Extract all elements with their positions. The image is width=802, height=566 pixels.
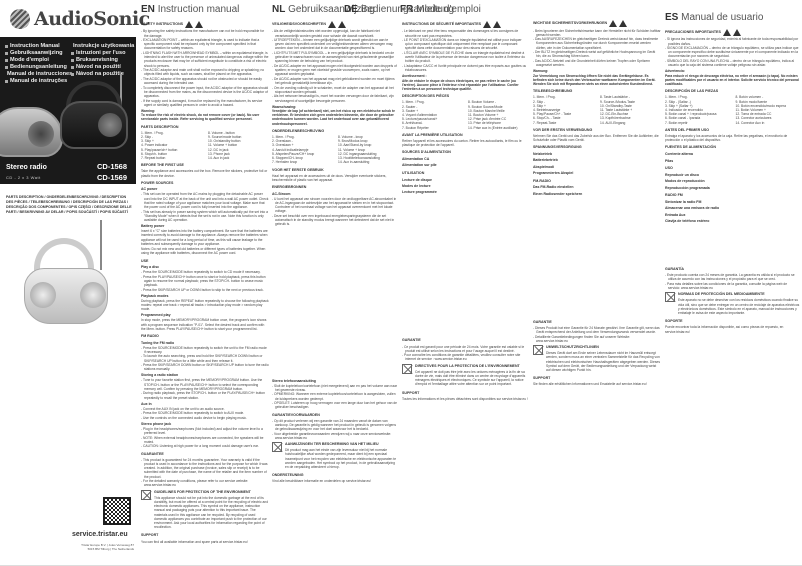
programmed-heading: Reproducción programada xyxy=(665,186,800,190)
german-column: WICHTIGE SICHERHEITSVORKEHRUNGEN Beim Ig… xyxy=(533,14,661,388)
ac-heading: Alimentation CA xyxy=(402,157,528,161)
language-item: Manual de instrucciones xyxy=(5,71,71,77)
english-column: EN Instruction manual SAFETY INSTRUCTION… xyxy=(141,0,269,545)
aux-heading: Aux in xyxy=(141,402,269,406)
crossed-bin-icon xyxy=(272,442,282,452)
section-title: ES Manual de usuario xyxy=(665,12,800,25)
parts-list: 1. Mem. / Prog.8. Volume - knop2. Oversl… xyxy=(272,135,398,165)
environment-block: UMWELTSCHUTZRICHTLINIENDieses Gerät darf… xyxy=(533,345,661,373)
tuning-list: Press the SOURCE/MODE button repeatedly … xyxy=(141,346,269,372)
warning-triangle-icon xyxy=(328,21,336,28)
phone-list: Plug in the headphones/earphones (Not in… xyxy=(141,427,269,449)
language-item: Instrukcje użytkowania xyxy=(71,43,133,49)
crossed-bin-icon xyxy=(402,364,412,374)
programmed-heading: Programmed play xyxy=(141,313,269,317)
product-subtitle: CD - 2 x 3 Watt xyxy=(6,175,41,180)
guarantee-heading: GARANTIEVOORWAARDEN xyxy=(272,413,398,418)
support-text: You can find all available information a… xyxy=(141,540,269,544)
parts-heading: DESCRIPTION DES PIÈCES xyxy=(402,94,528,99)
battery-heading: Pilas xyxy=(665,159,800,163)
support-heading: SUPPORT xyxy=(141,533,269,538)
phone-list: Sluit de koptelefoon/oortelefoon (niet m… xyxy=(272,384,398,410)
cover-column: AudioSonic Instruction Manual Instrukcje… xyxy=(0,0,136,566)
warning-block: Warnung:Zur Vermeidung von Stromschlag ö… xyxy=(533,69,661,86)
first-use-text: Nehmen Sie das Gerät und das Zubehör aus… xyxy=(533,134,661,142)
storing-list: Tune to your favorite station first, pre… xyxy=(141,378,269,399)
power-heading: POWER SOURCES xyxy=(141,181,269,186)
play-disc-heading: Reproducir un disco xyxy=(665,173,800,177)
language-list: Instruction Manual Instrukcje użytkowani… xyxy=(5,43,133,84)
warning-triangle-icon xyxy=(609,20,617,27)
parts-list: 1. Mem. / Prog.8. Taste Lautstärke -2. S… xyxy=(533,95,661,125)
language-item: Mode d'emploi xyxy=(5,57,71,63)
language-item: Gebruiksaanwijzing xyxy=(5,50,71,56)
ac-heading: Netzbetrieb xyxy=(533,152,661,156)
section-title: DE Bedienungsanleitung xyxy=(344,4,404,17)
ac-list: U kunt het apparaat van stroom voorzien … xyxy=(272,197,398,227)
use-heading: UTILISATION xyxy=(402,171,528,176)
radio-parts-diagram xyxy=(20,220,110,330)
playback-modes-heading: Modos de reproducción xyxy=(665,179,800,183)
brand-logo: AudioSonic xyxy=(10,5,150,33)
support-text: Vind alle beschikbare informatie en onde… xyxy=(272,479,398,483)
manual-page: AudioSonic Instruction Manual Instrukcje… xyxy=(0,0,802,566)
warning-triangle-icon xyxy=(338,21,346,28)
french-column: FR Mode d'emploi INSTRUCTIONS DE SÉCURIT… xyxy=(402,0,528,402)
safety-list: Als de veiligheidsinstructies niet worde… xyxy=(272,29,398,103)
warning-triangle-icon xyxy=(733,29,741,36)
safety-heading: INSTRUCTIONS DE SÉCURITÉ IMPORTANTES xyxy=(402,21,528,28)
model-number: CD-1568 xyxy=(97,162,127,171)
silver-radio-image xyxy=(0,107,63,157)
support-heading: SOPORTE xyxy=(665,319,800,324)
qr-code xyxy=(103,497,131,525)
environment-block: DIRECTIVES POUR LA PROTECTION DE L'ENVIR… xyxy=(402,364,528,388)
warning-block: Avertissement :Afin de réduire le risque… xyxy=(402,74,528,91)
first-use-heading: ANTES DEL PRIMER USO xyxy=(665,128,800,133)
safety-list: Le fabricant ne peut être tenu responsab… xyxy=(402,29,528,72)
service-url[interactable]: service.tristar.eu xyxy=(72,531,128,538)
language-item: Bruksanvisning xyxy=(71,57,133,63)
safety-list: By ignoring the safety instructions the … xyxy=(141,29,269,107)
guarantee-list: Ce produit est garanti pour une période … xyxy=(402,345,528,362)
tuning-heading: Tuning the FM radio xyxy=(141,341,269,345)
safety-list: Beim Ignorieren der Sicherheitshinweise … xyxy=(533,29,661,68)
audiosonic-logo-icon xyxy=(10,9,30,29)
guarantee-list: This product is guaranteed for 24 months… xyxy=(141,458,269,488)
aux-heading: Entrada Aux xyxy=(665,213,800,217)
warning-block: Warning:To reduce the risk of electric s… xyxy=(141,109,269,122)
parts-description-heading: PARTS DESCRIPTION / ONDERDELENBESCHRIJVI… xyxy=(6,195,134,214)
safety-heading: PRECAUCIONES IMPORTANTES xyxy=(665,29,800,36)
phone-heading: Stereo phone jack xyxy=(141,422,269,426)
warning-block: Waarschuwing:Verwijder de kap (of achter… xyxy=(272,105,398,126)
safety-list: Si ignora las instrucciones de seguridad… xyxy=(665,37,800,67)
black-radio-image xyxy=(60,101,128,149)
language-item: Manual de instruções xyxy=(5,78,71,84)
power-heading: FUENTES DE ALIMENTACIÓN xyxy=(665,145,800,150)
play-disc-list: Press the SOURCE/MODE button repeatedly … xyxy=(141,270,269,292)
fm-heading: RADIO FM xyxy=(665,193,800,198)
safety-heading: VEILIGHEIDSVOORSCHRIFTEN xyxy=(272,21,398,28)
fm-heading: FM-RADIO xyxy=(533,179,661,184)
language-item: Návod na použití xyxy=(71,64,133,70)
use-heading: USO xyxy=(665,166,800,171)
play-disc-heading: Play a disc xyxy=(141,265,269,269)
battery-text: Insert 6 x "C" size batteries into the b… xyxy=(141,229,269,246)
ac-heading: AC-Stroom xyxy=(272,192,398,196)
guarantee-heading: GARANTIE xyxy=(533,320,661,325)
power-heading: SOURCES D'ALIMENTATION xyxy=(402,150,528,155)
fm-heading: FM RADIO xyxy=(141,334,269,339)
language-item: Istruzioni per l'uso xyxy=(71,50,133,56)
environment-block: GUIDELINES FOR PROTECTION OF THE ENVIRON… xyxy=(141,490,269,531)
crossed-bin-icon xyxy=(665,292,675,302)
programmed-heading: Lecture programmée xyxy=(402,190,528,194)
guarantee-list: Op dit product verlenen wij een garantie… xyxy=(272,419,398,440)
ac-list: This set can be operated from the AC mai… xyxy=(141,192,269,222)
phone-heading: Clavija de teléfono estéreo xyxy=(665,219,800,223)
use-heading: USE xyxy=(141,259,269,264)
power-heading: SPANNUNGSVERSORGUNG xyxy=(533,145,661,150)
environment-block: AANWIJZINGEN TER BESCHERMING VAN HET MIL… xyxy=(272,442,398,470)
storing-heading: Storing a radio station xyxy=(141,373,269,377)
first-use-heading: AVANT LA PREMIÈRE UTILISATION xyxy=(402,133,528,138)
tuning-heading: Sintonizar la radio FM xyxy=(665,200,800,204)
cover-title-band: Stereo radio CD - 2 x 3 Watt CD-1568 CD-… xyxy=(0,160,136,184)
power-heading: ENERGIEBRONNEN xyxy=(272,185,398,190)
aux-list: Connect the AUX IN jack on the unit to a… xyxy=(141,407,269,420)
guarantee-heading: GUARANTEE xyxy=(141,452,269,457)
crossed-bin-icon xyxy=(141,490,151,500)
environment-block: NORMAS DE PROTECCIÓN DEL MEDIOAMBIENTEEs… xyxy=(665,292,800,316)
playback-modes-heading: Playback modes xyxy=(141,294,269,298)
guarantee-heading: GARANTÍA xyxy=(665,267,800,272)
parts-heading: DESCRIPCIÓN DE LAS PIEZAS xyxy=(665,89,800,94)
warning-triangle-icon xyxy=(185,21,193,28)
language-item: Bedienungsanleitung xyxy=(5,64,71,70)
section-title: EN Instruction manual xyxy=(141,4,269,17)
first-use-text: Haal het apparaat en de accessoires uit … xyxy=(272,174,398,182)
language-item: Instruction Manual xyxy=(5,43,71,49)
first-use-heading: VOOR HET EERSTE GEBRUIK xyxy=(272,168,398,173)
first-use-heading: VOR DER ERSTEN VERWENDUNG xyxy=(533,128,661,133)
programmed-text: In stop mode, press the MEMORY/PROGRAM b… xyxy=(141,318,269,331)
parts-heading: TEILEBESCHREIBUNG xyxy=(533,89,661,94)
storing-heading: Almacenar una emisora de radio xyxy=(665,206,800,210)
first-use-text: Retirer l'appareil et les accessoires du… xyxy=(402,139,528,147)
safety-heading: WICHTIGE SICHERHEITSVORKEHRUNGEN xyxy=(533,20,661,27)
playback-modes-heading: Abspielmodi xyxy=(533,165,661,169)
warning-triangle-icon xyxy=(723,29,731,36)
battery-heading: Alimentation sur pile xyxy=(402,163,528,167)
playback-modes-heading: Modes de lecture xyxy=(402,184,528,188)
support-heading: SUPPORT xyxy=(402,391,528,396)
guarantee-list: Dieses Produkt hat eine Garantie für 24 … xyxy=(533,326,661,343)
phone-heading: Stereo telefoonaansluiting xyxy=(272,379,398,383)
warning-triangle-icon xyxy=(493,21,501,28)
playback-modes-text: During playback, press the REPEAT button… xyxy=(141,299,269,312)
ac-heading: AC power xyxy=(141,187,269,191)
storing-heading: Einen Radiosender speichern xyxy=(533,192,661,196)
support-text: Puede encontrar toda la información disp… xyxy=(665,325,800,333)
support-heading: SUPPORT xyxy=(533,376,661,381)
first-use-text: Take the appliance and accessories out t… xyxy=(141,169,269,177)
brand-name: AudioSonic xyxy=(34,8,150,30)
guarantee-heading: GARANTIE xyxy=(402,338,528,343)
spanish-column: ES Manual de usuario PRECAUCIONES IMPORT… xyxy=(665,8,800,335)
warning-triangle-icon xyxy=(483,21,491,28)
parts-list: 1. Mem. / Prog.8. Bouton Volume -2. Saut… xyxy=(402,100,528,130)
safety-heading: SAFETY INSTRUCTIONS xyxy=(141,21,269,28)
first-use-text: Extraiga el aparato y los accesorios de … xyxy=(665,134,800,142)
company-address: Tristar Europe B.V. | Jules Verneweg 87 … xyxy=(68,543,134,551)
parts-heading: ONDERDELENBESCHRIJVING xyxy=(272,129,398,134)
crossed-bin-icon xyxy=(533,345,543,355)
notes-text: Notes: Do not mix new and old batteries … xyxy=(141,247,269,255)
programmed-heading: Programmiertes Abspiel xyxy=(533,171,661,175)
model-number: CD-1569 xyxy=(97,173,127,182)
first-use-heading: BEFORE THE FIRST USE xyxy=(141,163,269,168)
support-text: Toutes les informations et les pièces dé… xyxy=(402,397,528,401)
dutch-column: NL Gebruiksaanwijzing VEILIGHEIDSVOORSCH… xyxy=(272,0,398,485)
warning-triangle-icon xyxy=(195,21,203,28)
warning-triangle-icon xyxy=(619,20,627,27)
battery-heading: Battery power xyxy=(141,224,269,228)
warning-block: Advertencia:Para reducir el riesgo de de… xyxy=(665,69,800,86)
parts-list: 1. Mem. / Prog.8. Botón volumen -2. Skip… xyxy=(665,95,800,125)
battery-heading: Batteriebetrieb xyxy=(533,158,661,162)
parts-heading: PARTS DESCRIPTION xyxy=(141,125,269,130)
product-name: Stereo radio xyxy=(6,164,47,171)
parts-list: 1. Mem. / Prog.8. Volume - button2. Skip… xyxy=(141,131,269,161)
cover-dark-panel: Instruction Manual Instrukcje użytkowani… xyxy=(0,37,136,174)
support-text: Sie finden alle erhältlichen Information… xyxy=(533,382,661,386)
guarantee-list: Este producto cuenta con 24 meses de gar… xyxy=(665,273,800,290)
support-heading: ONDERSTEUNING xyxy=(272,473,398,478)
ac-heading: Corriente alterna xyxy=(665,152,800,156)
tuning-heading: Das FM-Radio einstellen xyxy=(533,185,661,189)
play-disc-heading: Lecture de disque xyxy=(402,178,528,182)
language-item: Návod na použitie xyxy=(71,71,133,77)
